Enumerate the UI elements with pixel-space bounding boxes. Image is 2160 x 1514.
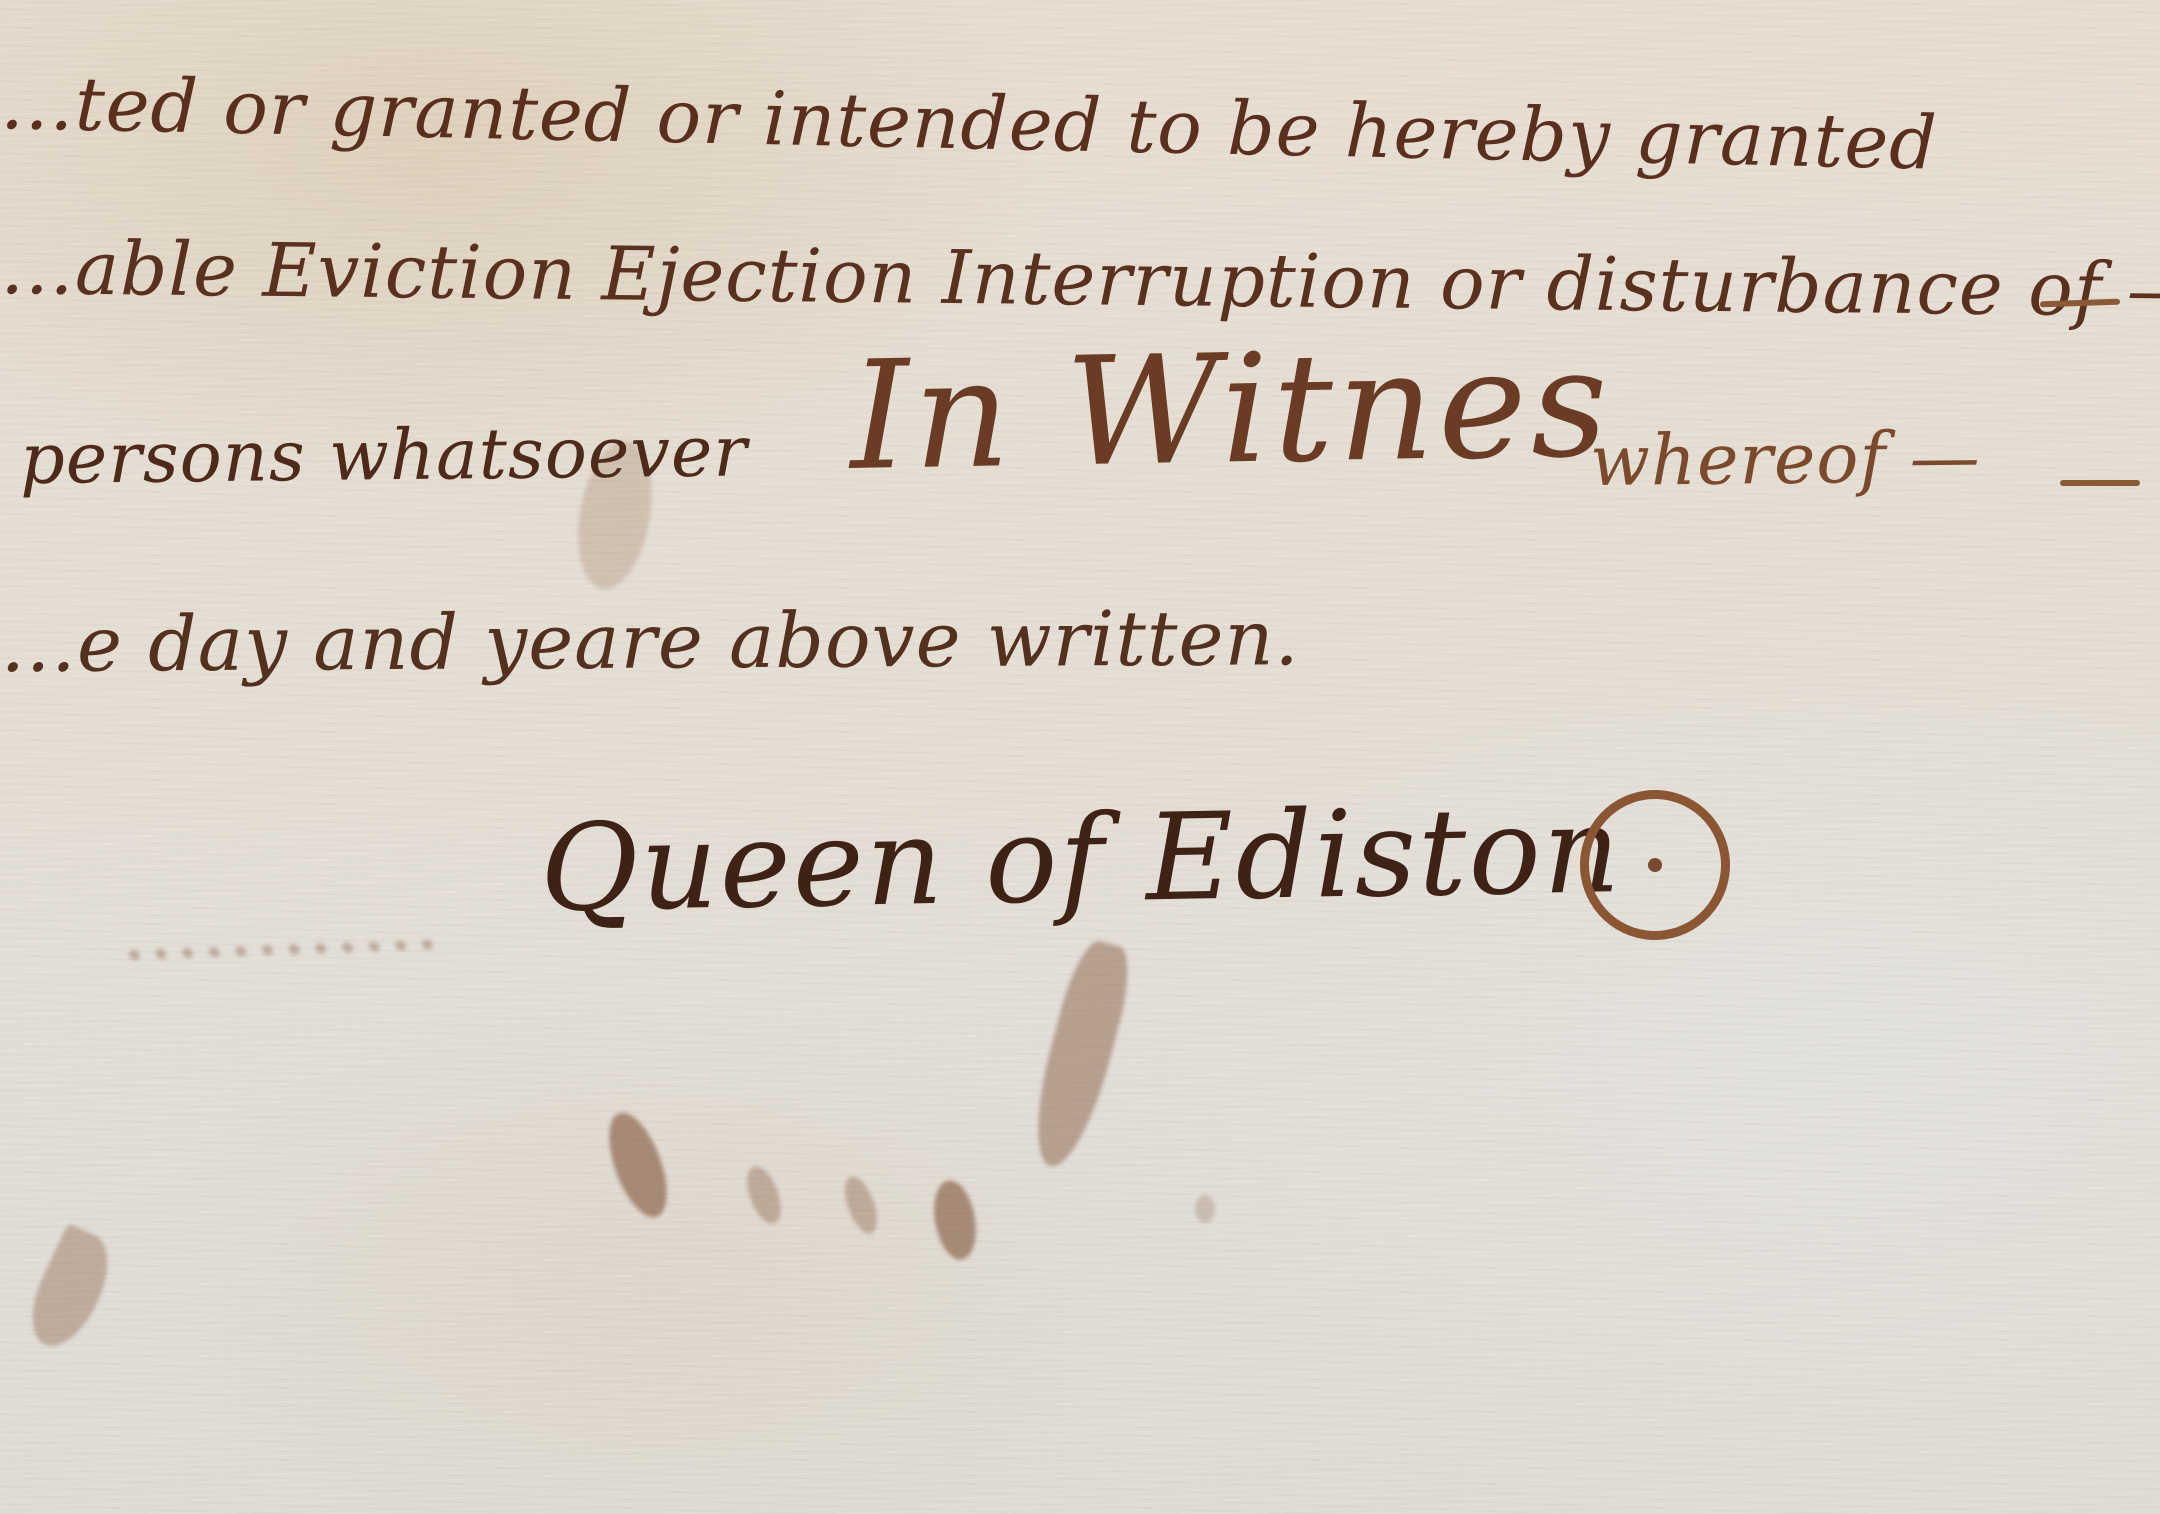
text-line-3-end: whereof — [1590,416,1981,502]
witness-clause: In Witnes [848,317,1613,504]
ink-blot [1195,1195,1215,1223]
text-line-4: …e day and yeare above written. [0,593,1300,689]
signature: Queen of Ediston [539,781,1623,939]
seal-dot [1647,857,1663,873]
paper-texture [0,0,2160,1514]
ink-blot [1021,936,1138,1174]
offset-ink-ghost-text: ………… [118,874,441,978]
line-filler-dash [2060,480,2140,486]
ink-blot [928,1177,981,1263]
text-line-3: persons whatsoever [20,410,749,500]
ink-blot [741,1162,788,1228]
text-line-2: …able Eviction Ejection Interruption or … [0,225,2160,334]
manuscript-page: …ted or granted or intended to be hereby… [0,0,2160,1514]
ink-blot [839,1172,884,1237]
text-line-1: …ted or granted or intended to be hereby… [0,60,1939,187]
ink-blot [598,1105,679,1224]
ink-blot [17,1223,122,1357]
